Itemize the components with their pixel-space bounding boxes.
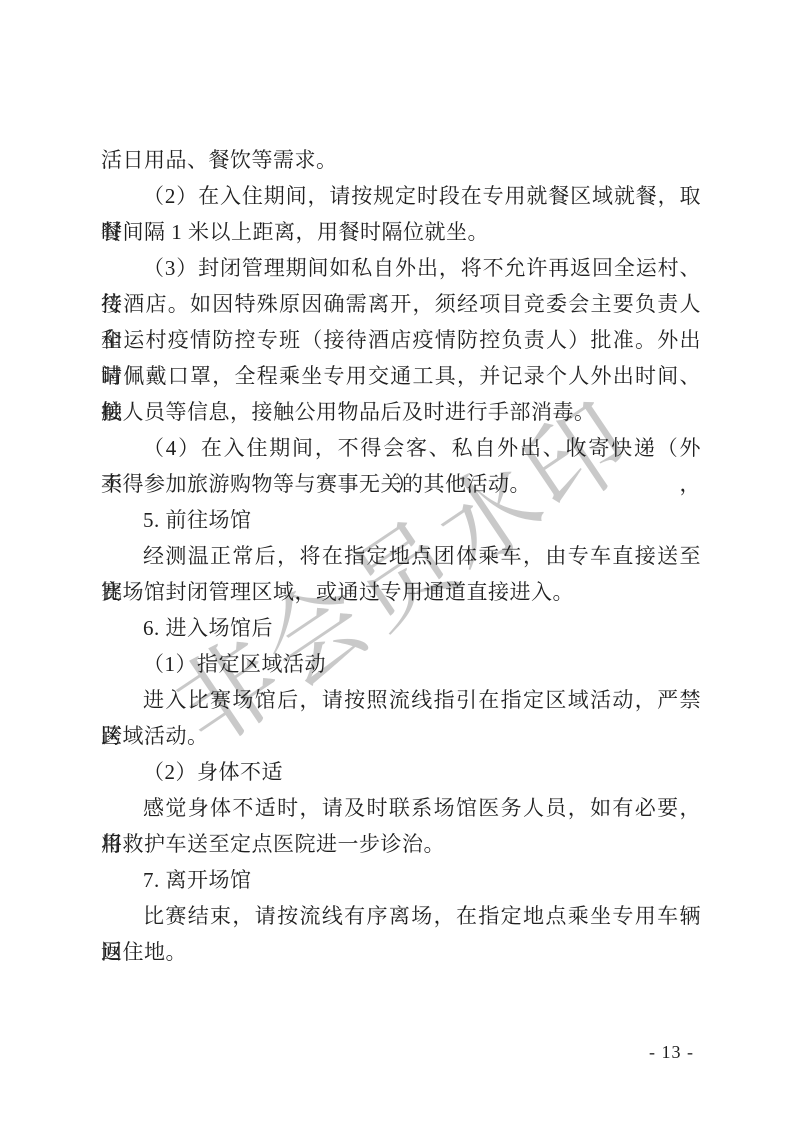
text-line: 回住地。	[101, 934, 701, 970]
document-body: 活日用品、餐饮等需求。（2）在入住期间，请按规定时段在专用就餐区域就餐，取餐时间…	[101, 142, 701, 970]
text-line: （3）封闭管理期间如私自外出，将不允许再返回全运村、接	[101, 250, 701, 286]
text-line: 5. 前往场馆	[101, 502, 701, 538]
text-line: 比赛结束，请按流线有序离场，在指定地点乘坐专用车辆返	[101, 898, 701, 934]
page-number: - 13 -	[649, 1040, 694, 1064]
text-line: 请佩戴口罩，全程乘坐专用交通工具，并记录个人外出时间、接	[101, 358, 701, 394]
text-line: 赛场馆封闭管理区域，或通过专用通道直接进入。	[101, 574, 701, 610]
text-line: 时间隔 1 米以上距离，用餐时隔位就坐。	[101, 214, 701, 250]
text-line: （2）在入住期间，请按规定时段在专用就餐区域就餐，取餐	[101, 178, 701, 214]
text-line: 7. 离开场馆	[101, 862, 701, 898]
text-line: 待酒店。如因特殊原因确需离开，须经项目竞委会主要负责人和	[101, 286, 701, 322]
document-page: 非会员水印 活日用品、餐饮等需求。（2）在入住期间，请按规定时段在专用就餐区域就…	[0, 0, 793, 1122]
text-line: 感觉身体不适时，请及时联系场馆医务人员，如有必要，将	[101, 790, 701, 826]
text-line: 触人员等信息，接触公用物品后及时进行手部消毒。	[101, 394, 701, 430]
text-line: 全运村疫情防控专班（接待酒店疫情防控负责人）批准。外出时	[101, 322, 701, 358]
text-line: 活日用品、餐饮等需求。	[101, 142, 701, 178]
text-line: （1）指定区域活动	[101, 646, 701, 682]
text-line: 经测温正常后，将在指定地点团体乘车，由专车直接送至比	[101, 538, 701, 574]
text-line: 进入比赛场馆后，请按照流线指引在指定区域活动，严禁跨	[101, 682, 701, 718]
text-line: （2）身体不适	[101, 754, 701, 790]
text-line: （4）在入住期间，不得会客、私自外出、收寄快递（外卖），	[101, 430, 701, 466]
text-line: 6. 进入场馆后	[101, 610, 701, 646]
text-line: 用救护车送至定点医院进一步诊治。	[101, 826, 701, 862]
text-line: 区域活动。	[101, 718, 701, 754]
